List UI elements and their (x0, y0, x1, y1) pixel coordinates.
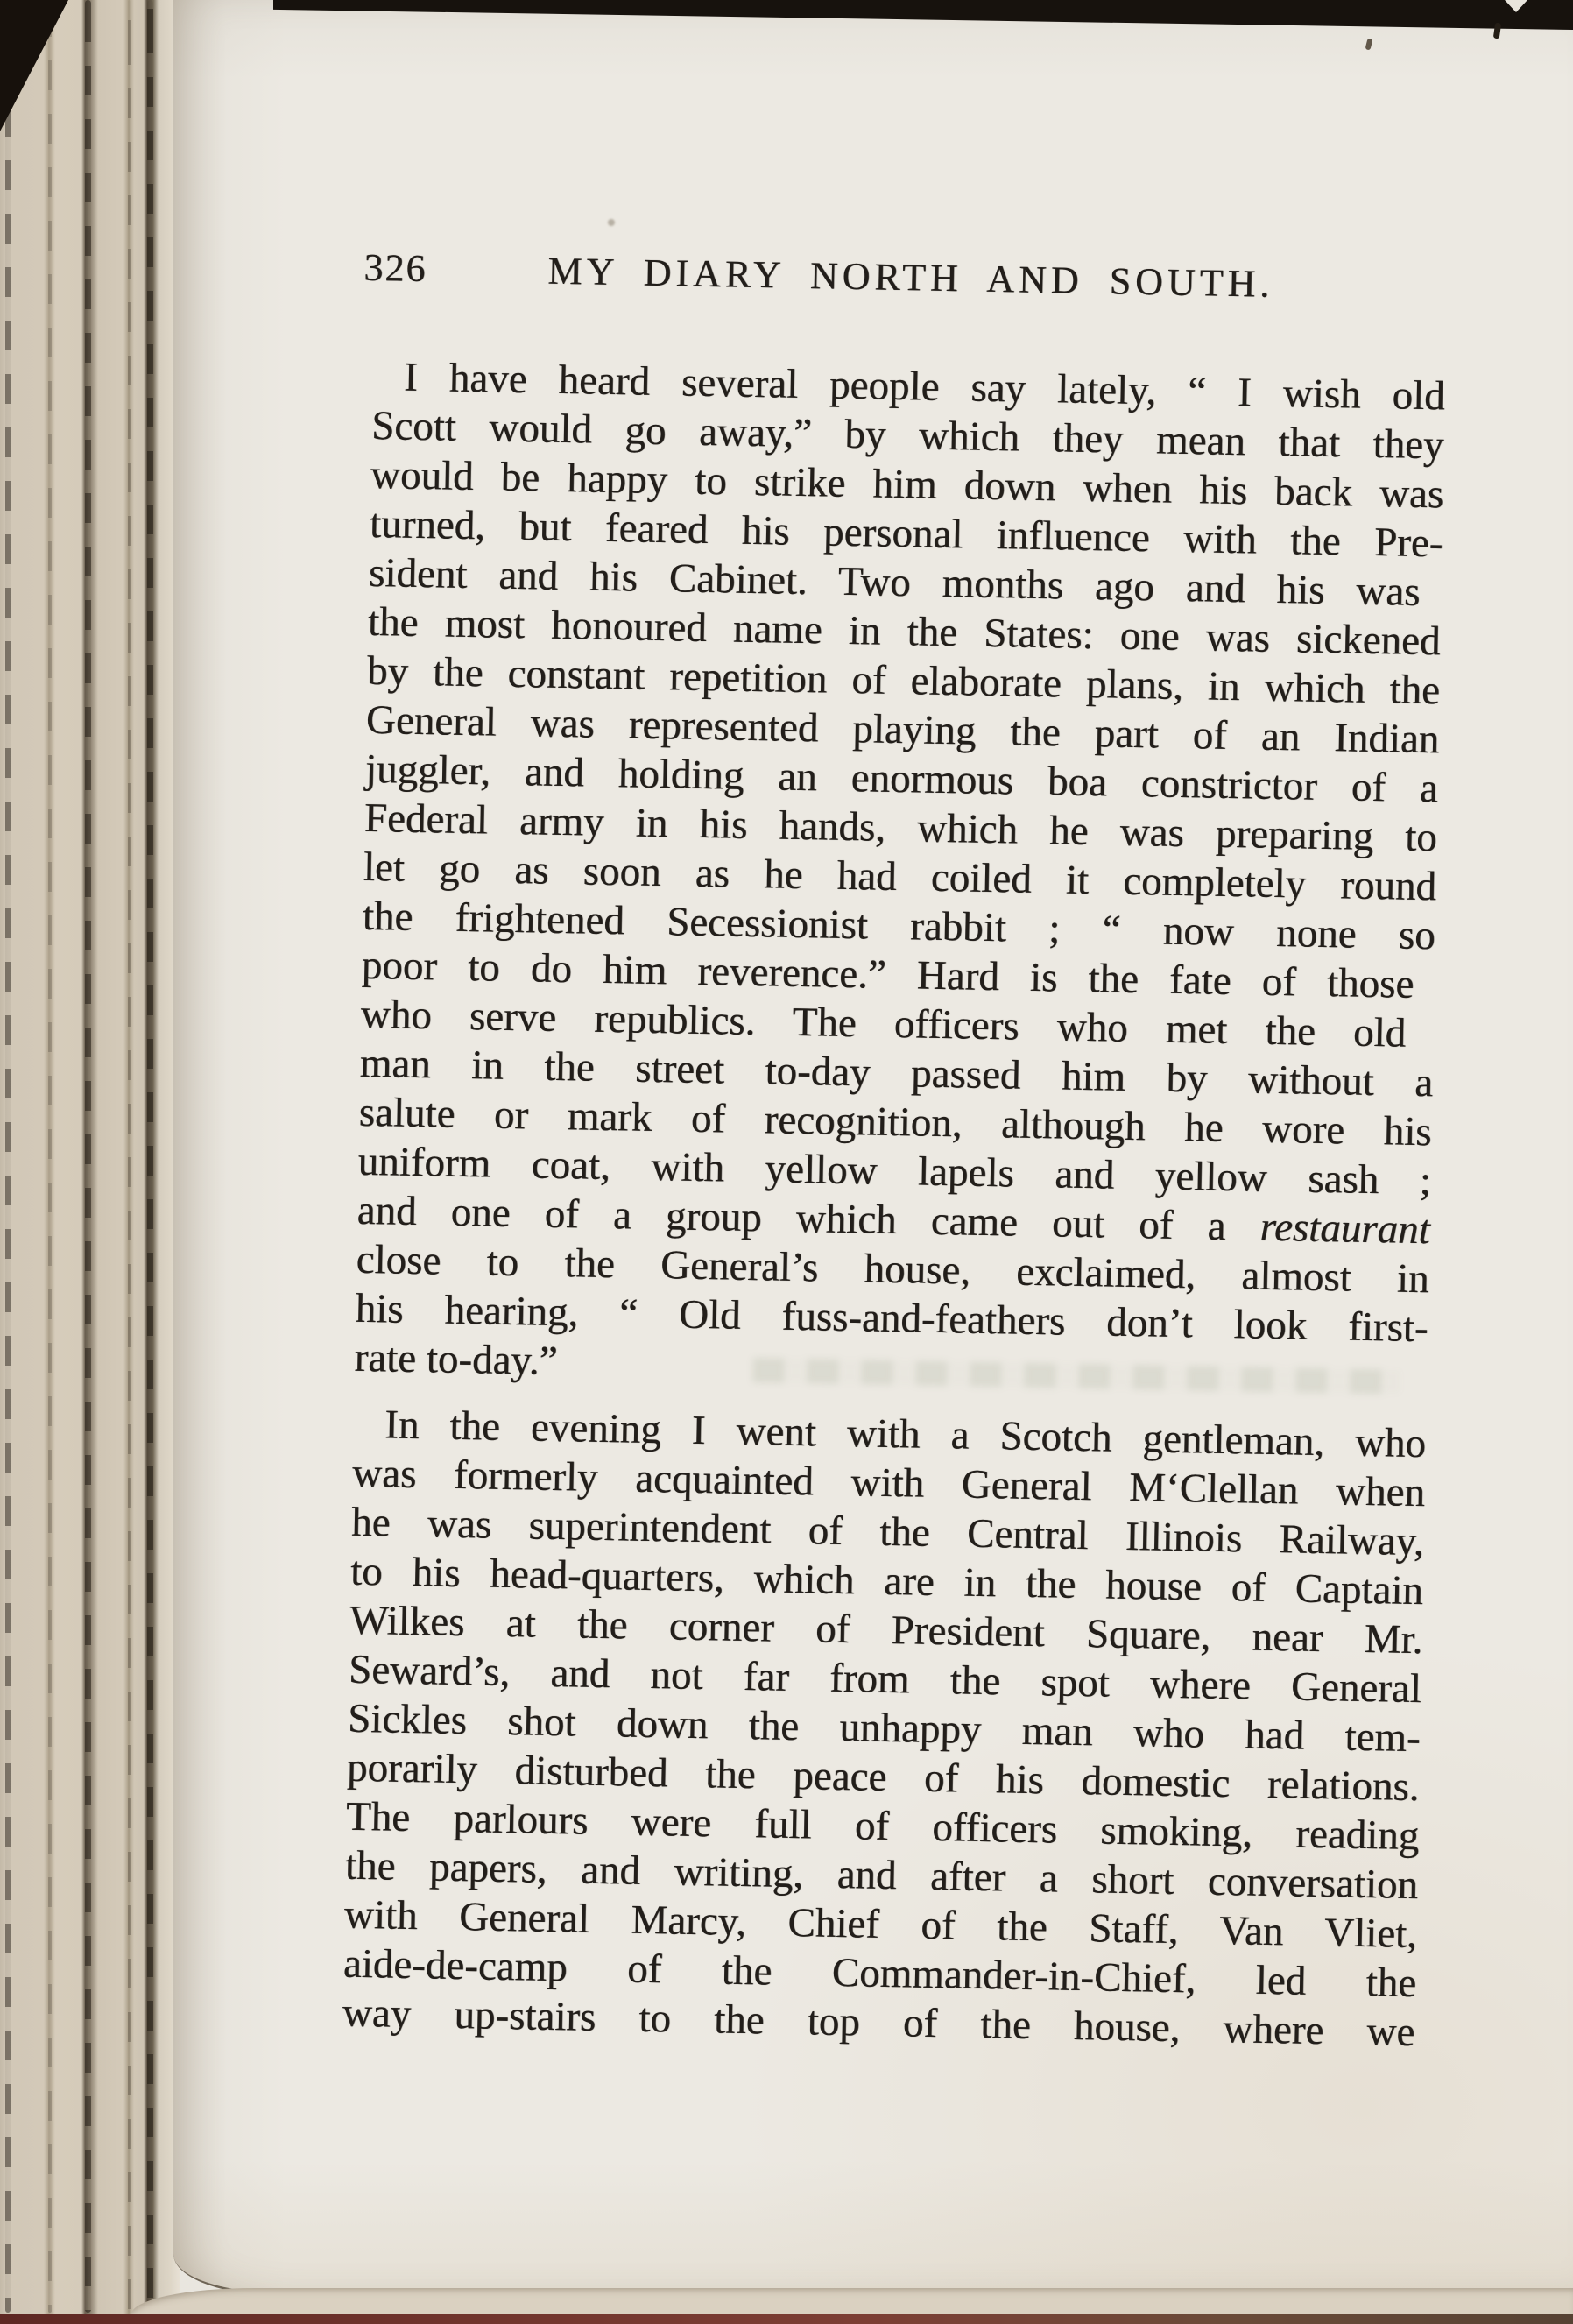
under-page-edge (131, 2288, 1573, 2318)
page-content: 326 MY DIARY NORTH AND SOUTH. I have hea… (342, 245, 1448, 2057)
fore-edge-line (85, 0, 91, 2313)
page-body: I have heard several people say lately, … (342, 352, 1446, 2057)
fore-edge-line (128, 0, 131, 2313)
book-page: 326 MY DIARY NORTH AND SOUTH. I have hea… (173, 0, 1573, 2294)
paragraph: I have heard several people say lately, … (354, 352, 1445, 1402)
fore-edge-line (48, 0, 52, 2313)
fore-edge-line (147, 0, 153, 2313)
book-cover-strip (0, 2314, 1573, 2324)
running-header: MY DIARY NORTH AND SOUTH. (374, 245, 1448, 309)
book-photo: 326 MY DIARY NORTH AND SOUTH. I have hea… (0, 0, 1573, 2324)
fore-edge-line (5, 0, 11, 2313)
paragraph: In the evening I went with a Scotch gent… (342, 1400, 1427, 2057)
page-header: 326 MY DIARY NORTH AND SOUTH. (374, 245, 1448, 308)
ink-speck (608, 219, 615, 226)
